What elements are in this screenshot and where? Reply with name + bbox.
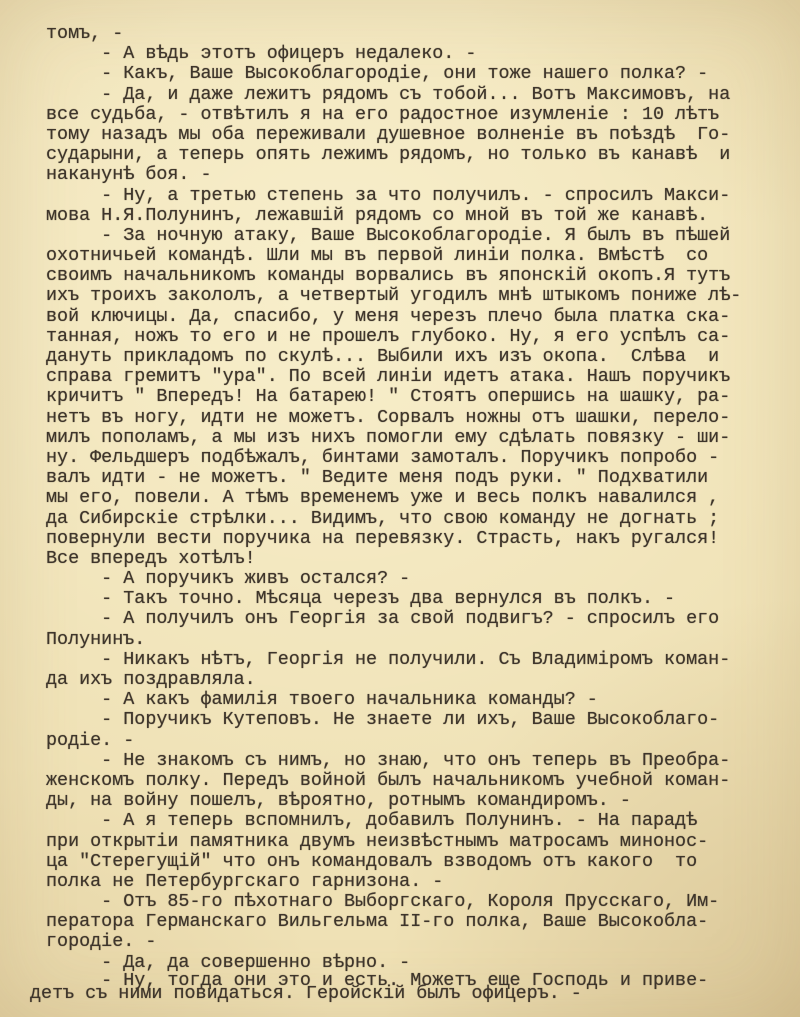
text-line: - А вѣдь этотъ офицеръ недалеко. - [46,44,780,64]
text-line: да ихъ поздравляла. [46,670,780,690]
text-line: томъ, - [46,24,780,44]
text-line: - Поручикъ Кутеповъ. Не знаете ли ихъ, В… [46,710,780,730]
text-line: - Да, и даже лежитъ рядомъ съ тобой... В… [46,85,780,105]
typewritten-page: томъ, - - А вѣдь этотъ офицеръ недалеко.… [0,0,800,1017]
text-line: - А я теперь вспомнилъ, добавилъ Полунин… [46,811,780,831]
text-line: да Сибирскіе стрѣлки... Видимъ, что свою… [46,509,780,529]
text-line: кричитъ " Впередъ! На батарею! " Стоятъ … [46,387,780,407]
text-line: ператора Германскаго Вильгельма II-го по… [46,912,780,932]
text-line: родіе. - [46,731,780,751]
text-line: ца "Стерегущій" что онъ командовалъ взво… [46,852,780,872]
text-line: - За ночную атаку, Ваше Высокоблагородіе… [46,226,780,246]
text-line: дануть прикладомъ по скулѣ... Выбили ихъ… [46,347,780,367]
text-line: мова Н.Я.Полунинъ, лежавшій рядомъ со мн… [46,206,780,226]
text-line: - А поручикъ живъ остался? - [46,569,780,589]
text-line: вой ключицы. Да, спасибо, у меня черезъ … [46,307,780,327]
text-line: валъ идти - не можетъ. " Ведите меня под… [46,468,780,488]
text-line: мы его, повели. А тѣмъ временемъ уже и в… [46,488,780,508]
text-line: справа гремитъ "ура". По всей линіи идет… [46,367,780,387]
text-line: - Не знакомъ съ нимъ, но знаю, что онъ т… [46,751,780,771]
text-line: тому назадъ мы оба переживали душевное в… [46,125,780,145]
text-line: - Какъ, Ваше Высокоблагородіе, они тоже … [46,64,780,84]
text-line: ды, на войну пошелъ, вѣроятно, ротнымъ к… [46,791,780,811]
text-line: - Никакъ нѣтъ, Георгія не получили. Съ В… [46,650,780,670]
text-line: повернули вести поручика на перевязку. С… [46,529,780,549]
text-line: ну. Фельдшеръ подбѣжалъ, бинтами замотал… [46,448,780,468]
text-line: ихъ троихъ закололъ, а четвертый угодилъ… [46,286,780,306]
text-line: нетъ въ ногу, идти не можетъ. Сорвалъ но… [46,408,780,428]
text-line: Полунинъ. [46,630,780,650]
text-line: женскомъ полку. Передъ войной былъ начал… [46,771,780,791]
text-line: - А получилъ онъ Георгія за свой подвигъ… [46,609,780,629]
text-line: городіе. - [46,932,780,952]
text-line: своимъ начальникомъ команды ворвались въ… [46,266,780,286]
typewritten-text-block: томъ, - - А вѣдь этотъ офицеръ недалеко.… [46,24,780,1004]
text-line: - А какъ фамилія твоего начальника коман… [46,690,780,710]
text-line: танная, ножъ то его и не прошелъ глубоко… [46,327,780,347]
text-line: при открытіи памятника двумъ неизвѣстным… [46,832,780,852]
text-line: - Отъ 85-го пѣхотнаго Выборгскаго, Корол… [46,892,780,912]
text-line: Все впередъ хотѣлъ! [46,549,780,569]
text-line: сударыни, а теперь опять лежимъ рядомъ, … [46,145,780,165]
text-line: - Ну, а третью степень за что получилъ. … [46,186,780,206]
text-line: полка не Петербургскаго гарнизона. - [46,872,780,892]
text-line: охотничьей командѣ. Шли мы въ первой лин… [46,246,780,266]
text-line: все судьба, - отвѣтилъ я на его радостно… [46,105,780,125]
text-line: милъ пополамъ, а мы изъ нихъ помогли ему… [46,428,780,448]
text-line: наканунѣ боя. - [46,165,780,185]
text-line: - Такъ точно. Мѣсяца черезъ два вернулся… [46,589,780,609]
